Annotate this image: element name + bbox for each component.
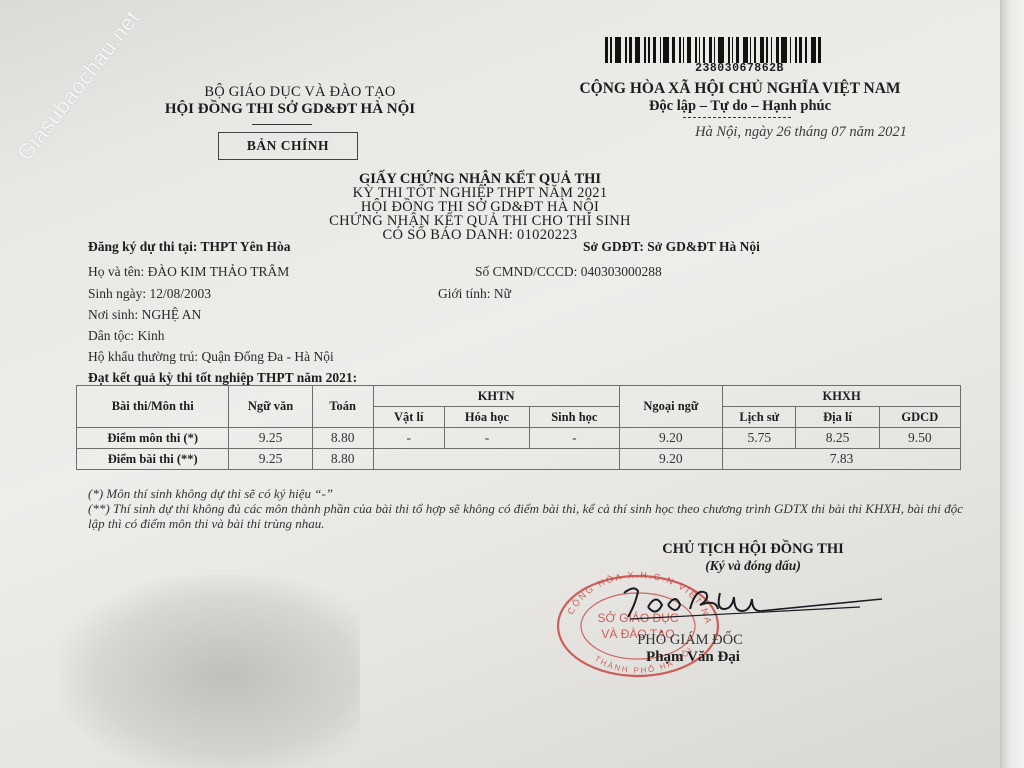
score-math: 8.80 bbox=[312, 428, 373, 449]
score-physics: - bbox=[373, 428, 444, 449]
header-foreign-language: Ngoại ngữ bbox=[619, 386, 723, 428]
header-physics: Vật lí bbox=[373, 407, 444, 428]
score-foreign-language: 9.20 bbox=[619, 428, 723, 449]
footnote-1: (*) Môn thí sinh không dự thi sẽ có ký h… bbox=[88, 486, 963, 501]
header-chemistry: Hóa học bbox=[444, 407, 529, 428]
header-geography: Địa lí bbox=[796, 407, 879, 428]
education-department: Sở GDĐT: Sở GD&ĐT Hà Nội bbox=[583, 239, 760, 255]
paper-edge bbox=[1000, 0, 1024, 768]
score-geography: 8.25 bbox=[796, 428, 879, 449]
barcode-number: 23803067862B bbox=[642, 62, 837, 75]
header-civics: GDCD bbox=[879, 407, 960, 428]
header-history: Lịch sử bbox=[723, 407, 796, 428]
exam-score-math: 8.80 bbox=[312, 449, 373, 470]
candidate-residence: Hộ khẩu thường trú: Quận Đống Đa - Hà Nộ… bbox=[88, 349, 334, 365]
score-literature: 9.25 bbox=[229, 428, 312, 449]
score-biology: - bbox=[530, 428, 619, 449]
republic-name: CỘNG HÒA XÃ HỘI CHỦ NGHĨA VIỆT NAM bbox=[530, 80, 950, 98]
candidate-ethnicity: Dân tộc: Kinh bbox=[88, 328, 165, 344]
score-history: 5.75 bbox=[723, 428, 796, 449]
results-heading: Đạt kết quả kỳ thi tốt nghiệp THPT năm 2… bbox=[88, 370, 357, 386]
header-divider-left bbox=[252, 124, 312, 125]
table-header-row: Bài thi/Môn thi Ngữ văn Toán KHTN Ngoại … bbox=[77, 386, 961, 407]
candidate-gender: Giới tính: Nữ bbox=[438, 286, 511, 302]
exam-council-name: HỘI ĐỒNG THI SỞ GD&ĐT HÀ NỘI bbox=[110, 101, 470, 118]
signer-title: CHỦ TỊCH HỘI ĐỒNG THI bbox=[598, 541, 908, 558]
row-label: Điểm môn thi (*) bbox=[77, 428, 229, 449]
footnote-2: (**) Thí sinh dự thi không đủ các môn th… bbox=[88, 501, 963, 531]
signer-name: Phạm Văn Đại bbox=[603, 649, 783, 666]
candidate-name: Họ và tên: ĐÀO KIM THẢO TRÂM bbox=[88, 264, 289, 280]
header-biology: Sinh học bbox=[530, 407, 619, 428]
candidate-id-number: Số CMND/CCCD: 040303000288 bbox=[475, 264, 662, 280]
footnotes: (*) Môn thí sinh không dự thi sẽ có ký h… bbox=[88, 486, 963, 531]
row-label: Điểm bài thi (**) bbox=[77, 449, 229, 470]
score-table: Bài thi/Môn thi Ngữ văn Toán KHTN Ngoại … bbox=[76, 385, 961, 470]
barcode-icon bbox=[605, 37, 871, 63]
score-chemistry: - bbox=[444, 428, 529, 449]
signer-position: PHÓ GIÁM ĐỐC bbox=[600, 632, 780, 649]
header-divider-right bbox=[683, 117, 791, 118]
registration-school: Đăng ký dự thi tại: THPT Yên Hòa bbox=[88, 239, 291, 255]
candidate-birthplace: Nơi sinh: NGHỆ AN bbox=[88, 307, 201, 323]
header-math: Toán bbox=[312, 386, 373, 428]
ministry-name: BỘ GIÁO DỤC VÀ ĐÀO TẠO bbox=[130, 84, 470, 101]
header-khtn: KHTN bbox=[373, 386, 619, 407]
place-date: Hà Nội, ngày 26 tháng 07 năm 2021 bbox=[636, 124, 966, 141]
original-copy-label: BẢN CHÍNH bbox=[218, 132, 358, 160]
score-civics: 9.50 bbox=[879, 428, 960, 449]
candidate-dob: Sinh ngày: 12/08/2003 bbox=[88, 286, 211, 302]
table-row: Điểm bài thi (**) 9.25 8.80 9.20 7.83 bbox=[77, 449, 961, 470]
header-literature: Ngữ văn bbox=[229, 386, 312, 428]
handwritten-signature-icon bbox=[620, 583, 885, 623]
exam-score-khtn bbox=[373, 449, 619, 470]
exam-score-khxh: 7.83 bbox=[723, 449, 961, 470]
header-khxh: KHXH bbox=[723, 386, 961, 407]
photo-shadow bbox=[60, 575, 360, 768]
exam-score-literature: 9.25 bbox=[229, 449, 312, 470]
exam-score-foreign-language: 9.20 bbox=[619, 449, 723, 470]
table-row: Điểm môn thi (*) 9.25 8.80 - - - 9.20 5.… bbox=[77, 428, 961, 449]
header-subject: Bài thi/Môn thi bbox=[77, 386, 229, 428]
national-motto: Độc lập – Tự do – Hạnh phúc bbox=[600, 98, 880, 115]
